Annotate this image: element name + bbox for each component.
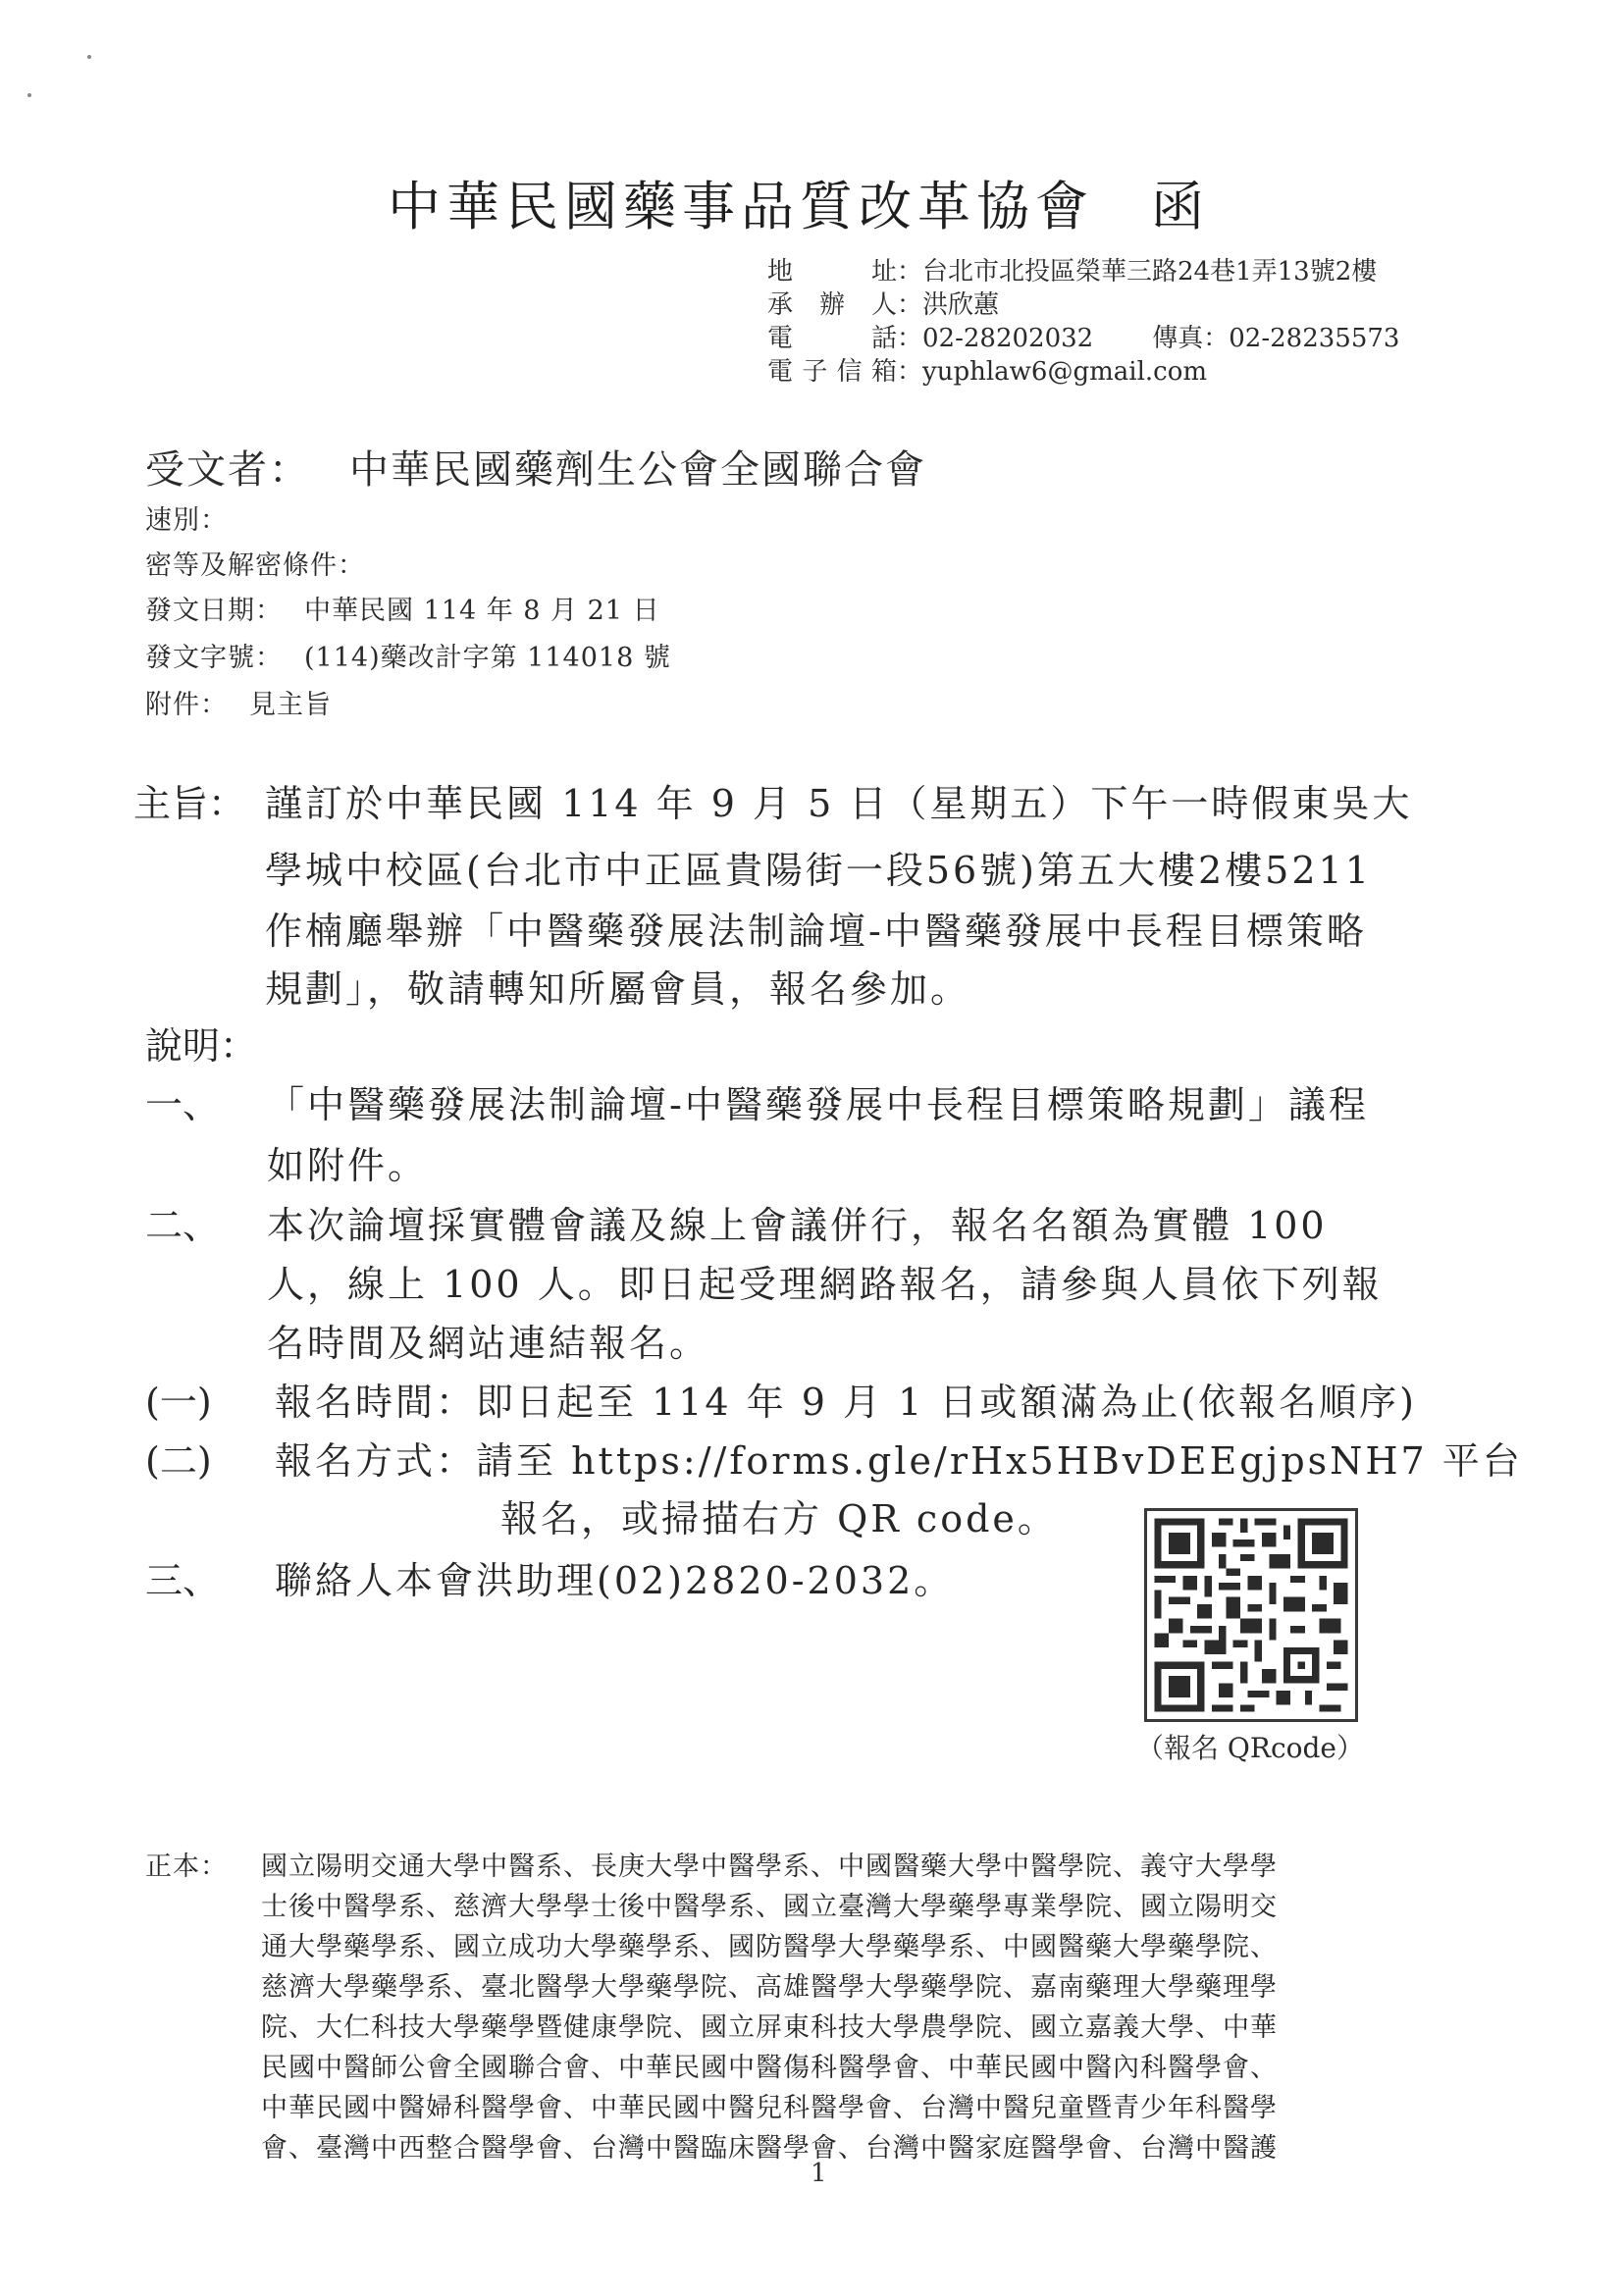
address-label: 地址 xyxy=(767,251,897,287)
distribution-line: 通大學藥學系、國立成功大學藥學系、國防醫學大學藥學系、中國醫藥大學藥學院、 xyxy=(261,1925,1278,1963)
recipient-value: 中華民國藥劑生公會全國聯合會 xyxy=(349,447,926,493)
contact-email: 電子信箱：yuphlaw6@gmail.com xyxy=(767,351,1207,388)
scan-speck xyxy=(87,55,91,59)
page-title: 中華民國藥事品質改革協會函 xyxy=(388,165,1210,240)
meta-date: 發文日期：中華民國 114 年 8 月 21 日 xyxy=(145,589,660,627)
item-marker: (一) xyxy=(145,1372,212,1426)
item-marker: (二) xyxy=(145,1431,212,1485)
qr-caption: （報名 QRcode） xyxy=(1136,1727,1364,1766)
date-value: 中華民國 114 年 8 月 21 日 xyxy=(304,596,660,626)
contact-handler: 承辦人：洪欣蕙 xyxy=(767,285,999,321)
distribution-line: 會、臺灣中西整合醫學會、台灣中醫臨床醫學會、台灣中醫家庭醫學會、台灣中醫護 xyxy=(261,2126,1278,2165)
subject-line: 謹訂於中華民國 114 年 9 月 5 日（星期五）下午一時假東吳大 xyxy=(265,773,1412,827)
item-marker: 三、 xyxy=(145,1550,220,1604)
distribution-line: 慈濟大學藥學系、臺北醫學大學藥學院、高雄醫學大學藥學院、嘉南藥理大學藥理學 xyxy=(261,1965,1278,2004)
item-marker: 一、 xyxy=(145,1074,220,1128)
phone-value: 02-28202032 xyxy=(922,324,1093,353)
item-line: 人，線上 100 人。即日起受理網路報名，請參與人員依下列報 xyxy=(267,1254,1383,1308)
item-line: 「中醫藥發展法制論壇-中醫藥發展中長程目標策略規劃」議程 xyxy=(267,1074,1369,1128)
subject-label: 主旨： xyxy=(133,773,245,827)
meta-number: 發文字號：(114)藥改計字第 114018 號 xyxy=(145,636,671,674)
distribution-line: 中華民國中醫婦科醫學會、中華民國中醫兒科醫學會、台灣中醫兒童暨青少年科醫學 xyxy=(261,2086,1278,2124)
explanation-label: 說明： xyxy=(145,1016,257,1070)
recipient-label: 受文者： xyxy=(145,447,310,493)
item-line: 名時間及網站連結報名。 xyxy=(267,1313,709,1367)
org-name: 中華民國藥事品質改革協會 xyxy=(388,176,1094,237)
speed-label: 速別： xyxy=(145,505,228,536)
recipient: 受文者：中華民國藥劑生公會全國聯合會 xyxy=(145,439,926,495)
item-line: 聯絡人本會洪助理(02)2820-2032。 xyxy=(275,1550,954,1604)
date-label: 發文日期： xyxy=(145,596,283,626)
distribution-line: 士後中醫學系、慈濟大學學士後中醫學系、國立臺灣大學藥學專業學院、國立陽明交 xyxy=(261,1885,1278,1923)
item-marker: 二、 xyxy=(145,1195,220,1249)
doc-type: 函 xyxy=(1151,176,1210,237)
distribution-line: 國立陽明交通大學中醫系、長庚大學中醫學系、中國醫藥大學中醫學院、義守大學學 xyxy=(261,1845,1278,1883)
distribution-line: 院、大仁科技大學藥學暨健康學院、國立屏東科技大學農學院、國立嘉義大學、中華 xyxy=(261,2006,1278,2044)
subject-line: 作楠廳舉辦「中醫藥發展法制論壇-中醫藥發展中長程目標策略 xyxy=(265,901,1367,955)
email-label: 電子信箱 xyxy=(767,351,897,388)
attachment-label: 附件： xyxy=(145,690,228,720)
meta-speed: 速別： xyxy=(145,498,228,537)
item-line: 報名時間：即日起至 114 年 9 月 1 日或額滿為止(依報名順序) xyxy=(275,1372,1417,1426)
distribution-line: 民國中醫師公會全國聯合會、中華民國中醫傷科醫學會、中華民國中醫內科醫學會、 xyxy=(261,2046,1278,2084)
address-value: 台北市北投區榮華三路24巷1弄13號2樓 xyxy=(922,257,1377,287)
meta-attachment: 附件：見主旨 xyxy=(145,683,332,721)
number-label: 發文字號： xyxy=(145,643,283,673)
email-value[interactable]: yuphlaw6@gmail.com xyxy=(922,357,1207,387)
distribution-label: 正本： xyxy=(145,1845,228,1883)
phone-label: 電話 xyxy=(767,318,897,354)
attachment-value: 見主旨 xyxy=(249,690,332,720)
page-number: 1 xyxy=(811,2159,827,2188)
number-value: (114)藥改計字第 114018 號 xyxy=(304,643,671,673)
handler-label: 承辦人 xyxy=(767,285,897,321)
item-line: 如附件。 xyxy=(267,1135,428,1189)
item-line: 本次論壇採實體會議及線上會議併行，報名名額為實體 100 xyxy=(267,1195,1328,1249)
contact-phone: 電話：02-28202032傳真：02-28235573 xyxy=(767,318,1399,354)
item-line: 報名方式：請至 https://forms.gle/rHx5HBvDEEgjps… xyxy=(275,1431,1523,1485)
secrecy-label: 密等及解密條件： xyxy=(145,550,365,581)
meta-secrecy: 密等及解密條件： xyxy=(145,544,365,582)
fax-value: 02-28235573 xyxy=(1229,324,1399,353)
subject-line: 學城中校區(台北市中正區貴陽街一段56號)第五大樓2樓5211 xyxy=(265,840,1372,894)
handler-value: 洪欣蕙 xyxy=(922,290,999,320)
scan-speck xyxy=(27,93,31,97)
subject-line: 規劃」，敬請轉知所屬會員，報名參加。 xyxy=(265,959,970,1013)
qr-code-icon[interactable] xyxy=(1144,1508,1358,1722)
contact-address: 地址：台北市北投區榮華三路24巷1弄13號2樓 xyxy=(767,251,1377,287)
fax-label: 傳真： xyxy=(1152,324,1229,353)
item-line: 報名，或掃描右方 QR code。 xyxy=(500,1488,1058,1542)
